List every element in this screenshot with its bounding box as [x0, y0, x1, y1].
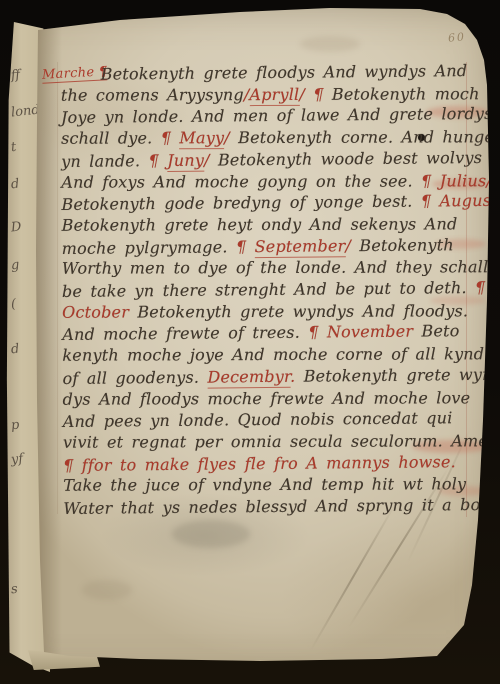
parchment-stain [300, 36, 360, 52]
manuscript-line: vivit et regnat per omnia secula seculor… [63, 430, 475, 453]
underleaf-text-fragment: s [10, 582, 18, 598]
manuscript-line: And foxys And moche goyng on the see. ¶ … [61, 170, 473, 193]
manuscript-line: And pees yn londe. Quod nobis concedat q… [63, 407, 475, 433]
rubric-text: Mayy [179, 128, 224, 149]
manuscript-line: Water that ys nedes blessyd And spryng i… [63, 494, 475, 520]
ink-text: schall dye. [61, 128, 161, 147]
ink-text: Take the juce of vndyne And temp hit wt … [63, 475, 466, 495]
ink-text: the comens Aryysyng [61, 85, 244, 105]
manuscript-line: of all goodenys. Decembyr. Betokenyth gr… [62, 364, 474, 390]
underleaf-text-fragment: ff [10, 68, 21, 84]
rubric-text: Decembyr [207, 367, 290, 389]
ink-text: Beto [413, 322, 460, 341]
ink-text: of all goodenys. [62, 367, 207, 387]
ink-text: yn lande. [61, 151, 148, 171]
rubric-text: . [290, 367, 304, 386]
manuscript-line: yn lande. ¶ Juny/ Betokenyth woode best … [61, 147, 473, 173]
ink-text: Betokenyth grete floodys And wyndys And [101, 61, 468, 84]
rubric-text: / [345, 236, 359, 255]
manuscript-photo: fflondtdDg(dpyfs 60 Marche ¶ Betokenyth … [0, 0, 500, 684]
ink-text: moche pylgrymage. [62, 237, 236, 258]
rubric-text: September [254, 236, 345, 258]
manuscript-line: Betokenyth grete heyt ondy And sekenys A… [62, 213, 474, 236]
rubric-text: ¶ [236, 237, 255, 256]
parchment-stain [172, 520, 250, 548]
underleaf-text-fragment: d [10, 342, 20, 358]
manuscript-line: ¶ ffor to make flyes fle fro A mannys ho… [63, 451, 475, 477]
underleaf-text-fragment: g [10, 258, 20, 274]
manuscript-line: dys And floodys moche frewte And moche l… [63, 387, 475, 410]
manuscript-line: Joye yn londe. And men of lawe And grete… [61, 103, 473, 129]
underleaf-text-fragment: yf [10, 451, 24, 467]
manuscript-line: Take the juce of vndyne And temp hit wt … [63, 474, 475, 497]
manuscript-line: be take yn there strenght And be put to … [62, 277, 474, 303]
rubric-text: / [204, 150, 218, 169]
manuscript-line: kenyth moche joye And moche corne of all… [62, 343, 474, 366]
manuscript-line: And moche frewte of trees. ¶ November Be… [62, 320, 474, 346]
manuscript-line: Worthy men to dye of the londe. And they… [62, 257, 474, 280]
rubric-text: ¶ November [308, 322, 413, 342]
ink-text: Betokenyth moch [332, 84, 480, 104]
ink-text: be take yn there strenght And be put to … [62, 278, 475, 301]
rubric-text: ¶ [161, 128, 180, 147]
ink-text: Water that ys nedes blessyd And spryng i… [63, 495, 500, 518]
ink-text: Betokenyth gode bredyng of yonge best. [61, 192, 420, 214]
rubric-text: ¶ Julius/ [421, 171, 492, 190]
manuscript-line: Betokenyth grete floodys And wyndys And [61, 60, 473, 86]
ink-text: dys And floodys moche frewte And moche l… [63, 388, 471, 408]
underleaf-text-fragment: ( [10, 297, 17, 312]
ink-text: And foxys And moche goyng on the see. [61, 171, 421, 191]
ink-text: Betokenyth grete heyt ondy And sekenys A… [62, 214, 458, 234]
rubric-text: Juny [167, 150, 204, 171]
ink-text: Betokenyth woode best wolvys [218, 148, 482, 170]
ink-text: kenyth moche joye And moche corne of all… [62, 344, 484, 364]
ink-text: And moche frewte of trees. [62, 323, 308, 344]
underleaf-text-fragment: t [10, 140, 17, 155]
manuscript-line: schall dye. ¶ Mayy/ Betokenyth corne. An… [61, 126, 473, 149]
ink-text: And pees yn londe. Quod nobis concedat q… [63, 408, 453, 431]
ink-text: vivit et regnat per omnia secula seculor… [63, 431, 500, 452]
ink-text: Betokenyth grete wyndys And floodys. [129, 301, 468, 321]
underleaf-text-fragment: D [10, 219, 22, 235]
rubric-text: October [62, 302, 129, 321]
underleaf-text-fragment: p [10, 418, 20, 434]
ink-text: Betokenyth corne. And hunger [238, 127, 500, 147]
rubric-text: ¶ [148, 151, 167, 170]
parchment-crease [310, 503, 396, 651]
ink-text: Worthy men to dye of the londe. And they… [62, 258, 489, 278]
underleaf-text-fragment: lond [10, 103, 40, 121]
rubric-text: / [244, 85, 250, 104]
rubric-text: ¶ ffor to make flyes fle fro A mannys ho… [63, 452, 456, 475]
rubric-text: / ¶ [299, 84, 332, 103]
folio-number: 60 [447, 30, 466, 45]
ink-text: Betokenyth [359, 235, 454, 255]
rubric-text: ¶ August [421, 191, 498, 211]
rubric-text: ¶ [475, 278, 486, 297]
underleaf-text-fragment: d [10, 177, 20, 193]
manuscript-line: moche pylgrymage. ¶ September/ Betokenyt… [62, 234, 474, 260]
manuscript-line: Betokenyth gode bredyng of yonge best. ¶… [61, 190, 473, 216]
text-block: Betokenyth grete floodys And wyndys Andt… [61, 61, 476, 519]
manuscript-page: 60 Marche ¶ Betokenyth grete floodys And… [0, 0, 500, 684]
rubric-text: Apryll [249, 85, 299, 106]
parchment-stain [82, 580, 132, 600]
left-margin-ruling [57, 62, 58, 514]
ink-text: Joye yn londe. And men of lawe And grete… [61, 104, 493, 127]
rubric-text: / [224, 128, 238, 147]
ink-text: Betokenyth grete wyn [304, 365, 493, 386]
